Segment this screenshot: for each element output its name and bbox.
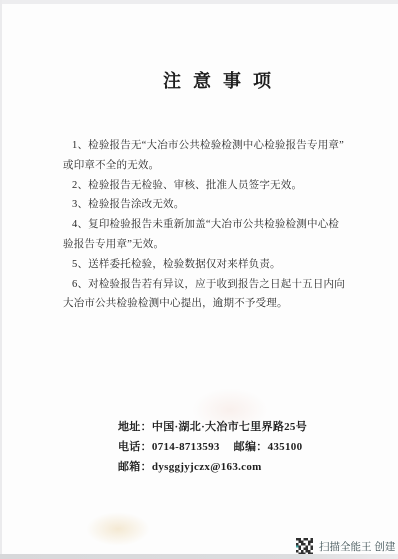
qr-code-icon — [296, 538, 313, 555]
contact-block: 地址：中国·湖北·大冶市七里界路25号 电话：0714-8713593邮编：43… — [118, 417, 307, 477]
note-item-5: 5、送样委托检验，检验数据仅对来样负责。 — [63, 255, 383, 275]
page-title: 注意事项 — [48, 70, 398, 92]
phone-line: 电话：0714-8713593邮编：435100 — [118, 437, 307, 457]
email-line: 邮箱：dysggjyjczx@163.com — [118, 457, 307, 477]
notes-list: 1、检验报告无“大冶市公共检验检测中心检验报告专用章” 或印章不全的无效。 2、… — [63, 136, 383, 314]
note-item-3: 3、检验报告涂改无效。 — [63, 195, 383, 215]
phone-number: 电话：0714-8713593 — [118, 441, 220, 453]
scan-edge-bottom — [0, 554, 398, 559]
address-line: 地址：中国·湖北·大冶市七里界路25号 — [118, 417, 307, 437]
scan-edge-left — [0, 0, 2, 559]
note-item-1: 1、检验报告无“大冶市公共检验检测中心检验报告专用章” 或印章不全的无效。 — [63, 136, 383, 176]
watermark-text: 扫描全能王 创建 — [319, 539, 395, 554]
scan-edge-top — [0, 0, 398, 4]
postal-code: 邮编：435100 — [234, 441, 303, 453]
scan-smudge — [86, 512, 150, 546]
scanned-document-page: 注意事项 1、检验报告无“大冶市公共检验检测中心检验报告专用章” 或印章不全的无… — [0, 0, 398, 559]
note-item-4: 4、复印检验报告未重新加盖“大冶市公共检验检测中心检 验报告专用章”无效。 — [63, 215, 383, 255]
note-item-6: 6、对检验报告若有异议，应于收到报告之日起十五日内向 大冶市公共检验检测中心提出… — [63, 275, 383, 315]
note-item-2: 2、检验报告无检验、审核、批准人员签字无效。 — [63, 176, 383, 196]
